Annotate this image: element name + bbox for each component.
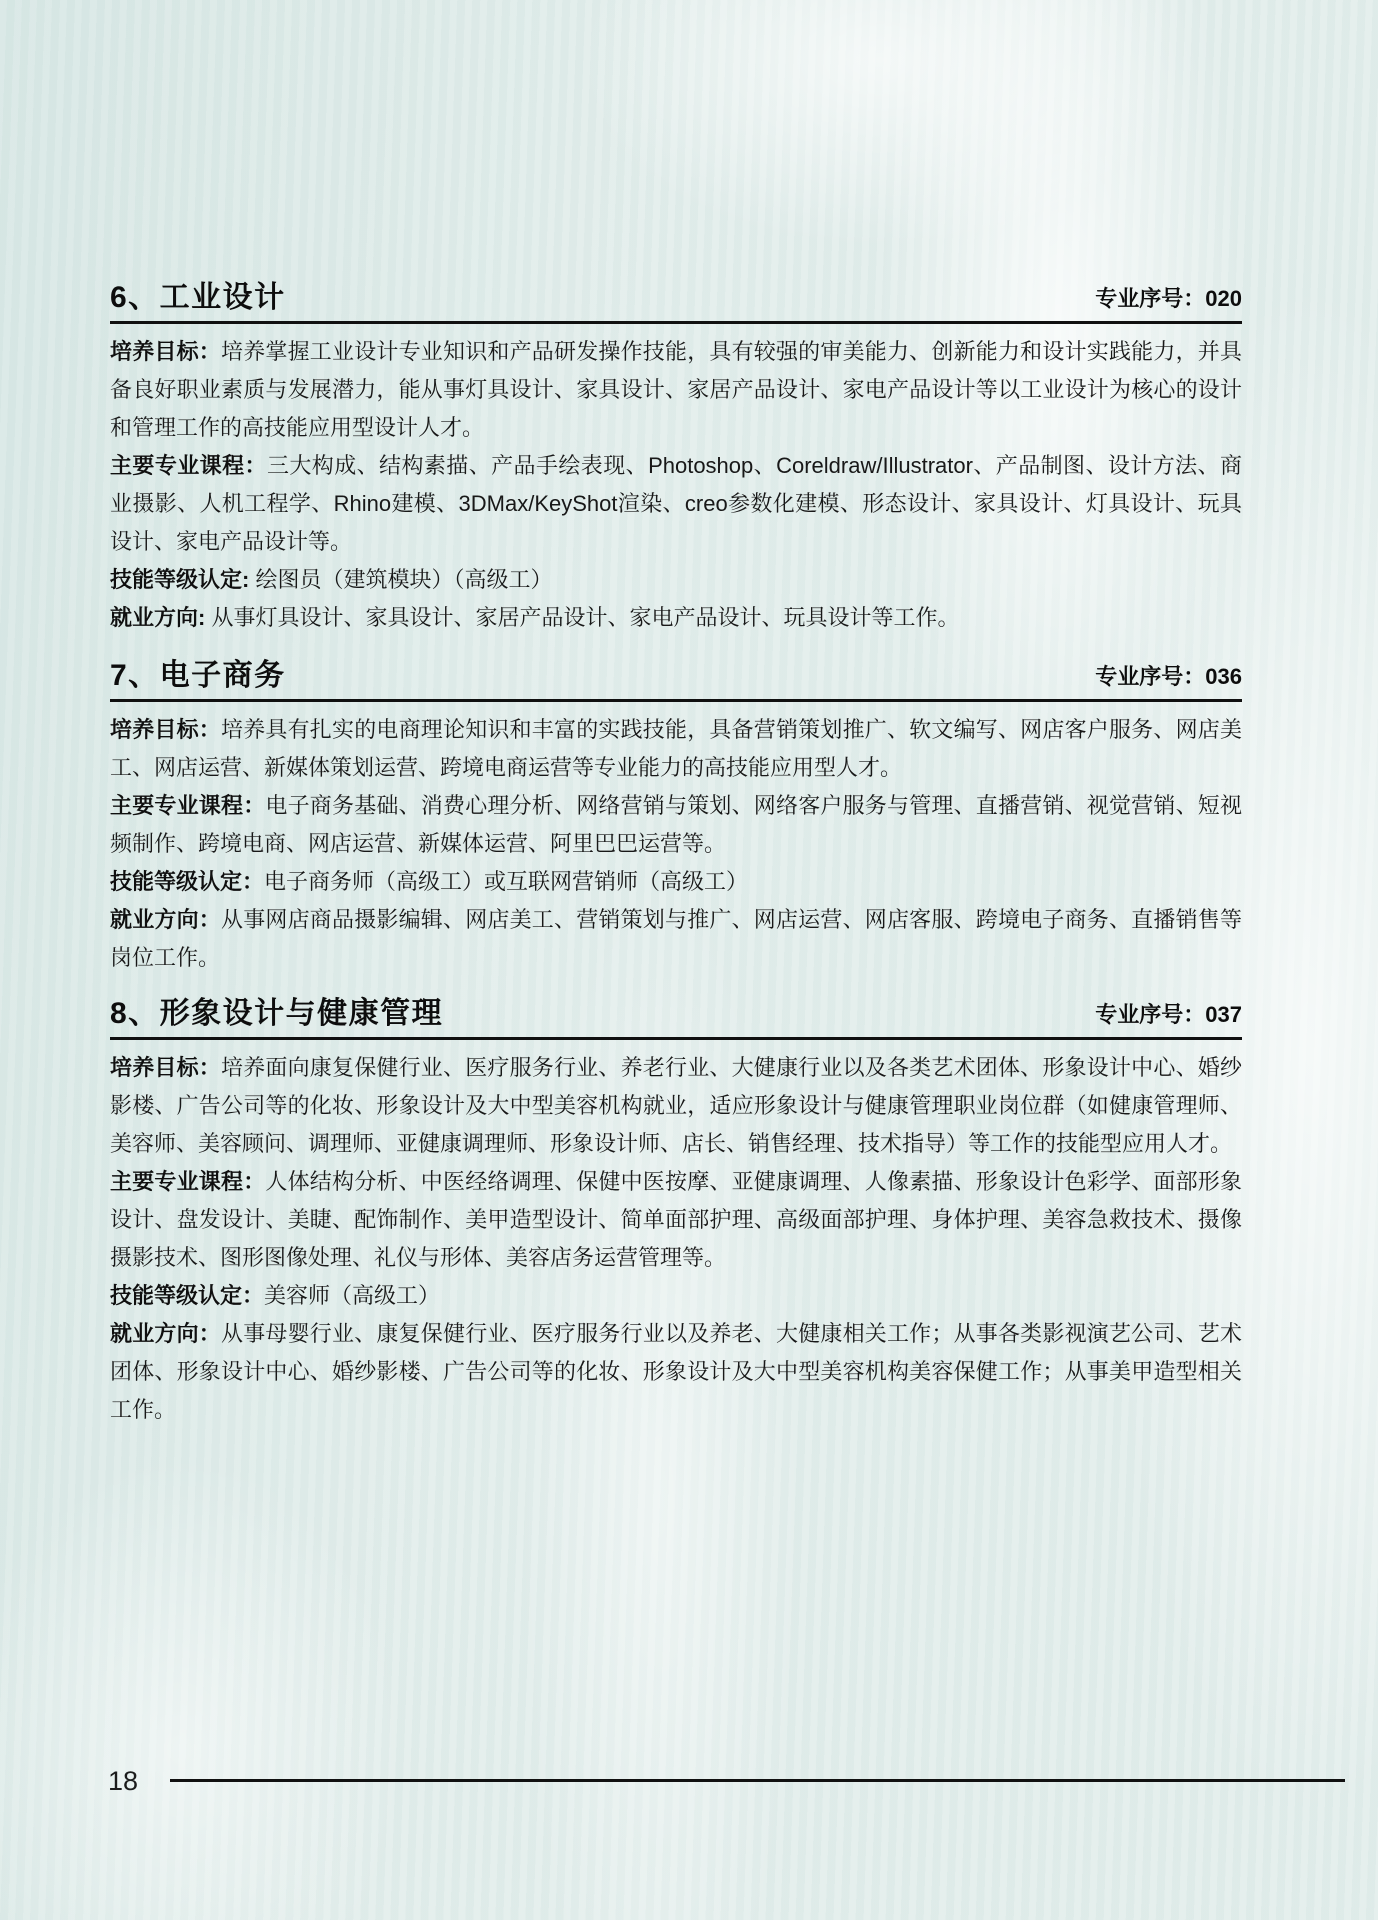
- catalog-page: 6、工业设计 专业序号：020 培养目标：培养掌握工业设计专业知识和产品研发操作…: [0, 0, 1378, 1920]
- page-footer: 18: [108, 1768, 1345, 1795]
- paragraph-text: 培养具有扎实的电商理论知识和丰富的实践技能，具备营销策划推广、软文编写、网店客户…: [110, 717, 1242, 780]
- paragraph-label: 主要专业课程：: [110, 453, 267, 478]
- paragraph-training-goal: 培养目标：培养具有扎实的电商理论知识和丰富的实践技能，具备营销策划推广、软文编写…: [110, 711, 1242, 787]
- section-ecommerce: 7、电子商务 专业序号：036 培养目标：培养具有扎实的电商理论知识和丰富的实践…: [110, 650, 1242, 977]
- paragraph-text: 从事网店商品摄影编辑、网店美工、营销策划与推广、网店运营、网店客服、跨境电子商务…: [110, 907, 1242, 970]
- paragraph-skill-certification: 技能等级认定：美容师（高级工）: [110, 1277, 1242, 1315]
- paragraph-employment-direction: 就业方向：从事网店商品摄影编辑、网店美工、营销策划与推广、网店运营、网店客服、跨…: [110, 901, 1242, 977]
- paragraph-employment-direction: 就业方向: 从事灯具设计、家具设计、家居产品设计、家电产品设计、玩具设计等工作。: [110, 599, 1242, 637]
- paragraph-text: 电子商务基础、消费心理分析、网络营销与策划、网络客户服务与管理、直播营销、视觉营…: [110, 793, 1242, 856]
- paragraph-label: 培养目标：: [110, 339, 221, 364]
- paragraph-main-courses: 主要专业课程：人体结构分析、中医经络调理、保健中医按摩、亚健康调理、人像素描、形…: [110, 1163, 1242, 1277]
- section-body: 培养目标：培养面向康复保健行业、医疗服务行业、养老行业、大健康行业以及各类艺术团…: [110, 1049, 1242, 1429]
- paragraph-text: 从事灯具设计、家具设计、家居产品设计、家电产品设计、玩具设计等工作。: [211, 605, 959, 630]
- footer-rule: [170, 1779, 1345, 1782]
- section-header: 6、工业设计 专业序号：020: [110, 272, 1242, 324]
- section-header: 7、电子商务 专业序号：036: [110, 650, 1242, 702]
- paragraph-text: 培养掌握工业设计专业知识和产品研发操作技能，具有较强的审美能力、创新能力和设计实…: [110, 339, 1242, 440]
- paragraph-label: 就业方向：: [110, 1321, 221, 1346]
- paragraph-text: 从事母婴行业、康复保健行业、医疗服务行业以及养老、大健康相关工作；从事各类影视演…: [110, 1321, 1242, 1422]
- paragraph-main-courses: 主要专业课程：三大构成、结构素描、产品手绘表现、Photoshop、Coreld…: [110, 447, 1242, 561]
- paragraph-text: 绘图员（建筑模块）（高级工）: [255, 567, 552, 592]
- page-number: 18: [108, 1768, 138, 1795]
- section-header: 8、形象设计与健康管理 专业序号：037: [110, 988, 1242, 1040]
- paragraph-label: 就业方向：: [110, 907, 221, 932]
- paragraph-text: 人体结构分析、中医经络调理、保健中医按摩、亚健康调理、人像素描、形象设计色彩学、…: [110, 1169, 1242, 1270]
- section-title: 7、电子商务: [110, 650, 286, 694]
- section-image-design-health: 8、形象设计与健康管理 专业序号：037 培养目标：培养面向康复保健行业、医疗服…: [110, 988, 1242, 1429]
- paragraph-label: 主要专业课程：: [110, 793, 265, 818]
- section-body: 培养目标：培养具有扎实的电商理论知识和丰富的实践技能，具备营销策划推广、软文编写…: [110, 711, 1242, 977]
- paragraph-label: 培养目标：: [110, 717, 221, 742]
- major-serial-number: 专业序号：020: [1095, 282, 1242, 316]
- section-title: 8、形象设计与健康管理: [110, 988, 443, 1032]
- section-body: 培养目标：培养掌握工业设计专业知识和产品研发操作技能，具有较强的审美能力、创新能…: [110, 333, 1242, 637]
- paragraph-text: 培养面向康复保健行业、医疗服务行业、养老行业、大健康行业以及各类艺术团体、形象设…: [110, 1055, 1242, 1156]
- paragraph-skill-certification: 技能等级认定：电子商务师（高级工）或互联网营销师（高级工）: [110, 863, 1242, 901]
- paragraph-employment-direction: 就业方向：从事母婴行业、康复保健行业、医疗服务行业以及养老、大健康相关工作；从事…: [110, 1315, 1242, 1429]
- section-industrial-design: 6、工业设计 专业序号：020 培养目标：培养掌握工业设计专业知识和产品研发操作…: [110, 272, 1242, 637]
- major-serial-number: 专业序号：036: [1095, 660, 1242, 694]
- paragraph-training-goal: 培养目标：培养掌握工业设计专业知识和产品研发操作技能，具有较强的审美能力、创新能…: [110, 333, 1242, 447]
- paragraph-label: 培养目标：: [110, 1055, 221, 1080]
- paragraph-main-courses: 主要专业课程：电子商务基础、消费心理分析、网络营销与策划、网络客户服务与管理、直…: [110, 787, 1242, 863]
- paragraph-label: 主要专业课程：: [110, 1169, 265, 1194]
- section-title: 6、工业设计: [110, 272, 286, 316]
- paragraph-text: 三大构成、结构素描、产品手绘表现、Photoshop、Coreldraw/Ill…: [110, 453, 1242, 554]
- paragraph-skill-certification: 技能等级认定: 绘图员（建筑模块）（高级工）: [110, 561, 1242, 599]
- paragraph-training-goal: 培养目标：培养面向康复保健行业、医疗服务行业、养老行业、大健康行业以及各类艺术团…: [110, 1049, 1242, 1163]
- major-serial-number: 专业序号：037: [1095, 998, 1242, 1032]
- paragraph-label: 技能等级认定:: [110, 567, 255, 592]
- paragraph-text: 电子商务师（高级工）或互联网营销师（高级工）: [264, 869, 748, 894]
- paragraph-text: 美容师（高级工）: [264, 1283, 440, 1308]
- paragraph-label: 技能等级认定：: [110, 869, 264, 894]
- paragraph-label: 技能等级认定：: [110, 1283, 264, 1308]
- paragraph-label: 就业方向:: [110, 605, 211, 630]
